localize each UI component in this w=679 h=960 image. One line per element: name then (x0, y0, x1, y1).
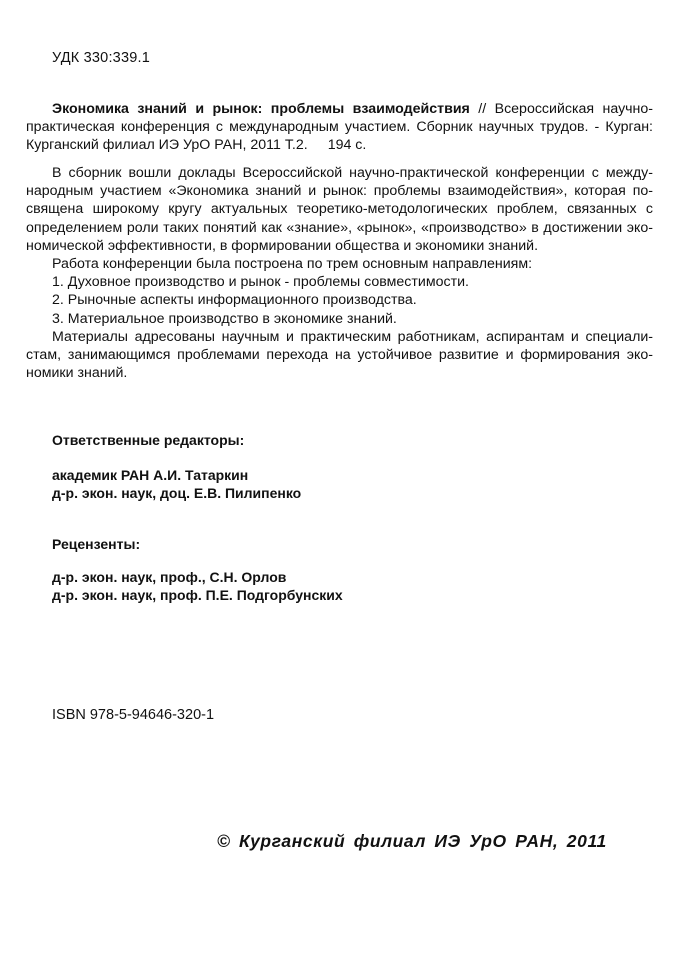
editors-list: академик РАН А.И. Татаркин д-р. экон. на… (52, 466, 301, 502)
isbn: ISBN 978-5-94646-320-1 (52, 707, 214, 723)
editors-heading: Ответственные редакторы: (52, 432, 244, 448)
reviewer-name: д-р. экон. наук, проф. П.Е. Подгорбунски… (52, 586, 343, 604)
biblio-line-2: практическая конференция с международным… (26, 118, 653, 136)
page-count: 194 с. (328, 137, 367, 153)
reviewers-list: д-р. экон. наук, проф., С.Н. Орлов д-р. … (52, 568, 343, 604)
direction-item: 1. Духовное производство и рынок - пробл… (26, 273, 653, 291)
abstract-line: народным участием «Экономика знаний и ры… (26, 182, 653, 200)
abstract-line: В сборник вошли доклады Всероссийской на… (26, 164, 653, 182)
biblio-line-1-rest: // Всероссийская научно- (470, 101, 653, 117)
abstract-paragraph-1: В сборник вошли доклады Всероссийской на… (26, 164, 653, 255)
direction-item: 3. Материальное производство в экономике… (26, 310, 653, 328)
abstract: В сборник вошли доклады Всероссийской на… (26, 164, 653, 382)
reviewer-name: д-р. экон. наук, проф., С.Н. Орлов (52, 568, 343, 586)
direction-item: 2. Рыночные аспекты информационного прои… (26, 291, 653, 309)
abstract-paragraph-3: Материалы адресованы научным и практичес… (26, 328, 653, 383)
biblio-line-3: Курганский филиал ИЭ УрО РАН, 2011 Т.2.1… (26, 136, 653, 154)
book-title: Экономика знаний и рынок: проблемы взаим… (52, 101, 470, 117)
abstract-line: стам, занимающимся проблемами перехода н… (26, 346, 653, 364)
abstract-paragraph-2: Работа конференции была построена по тре… (26, 255, 653, 273)
abstract-line: Материалы адресованы научным и практичес… (26, 328, 653, 346)
bibliographic-record: Экономика знаний и рынок: проблемы взаим… (26, 100, 653, 155)
abstract-line: номики знаний. (26, 364, 653, 382)
reviewers-heading: Рецензенты: (52, 536, 140, 552)
publisher-info: Курганский филиал ИЭ УрО РАН, 2011 Т.2. (26, 137, 308, 153)
abstract-line: номической эффективности, в формировании… (26, 237, 653, 255)
abstract-line: определением роли таких понятий как «зна… (26, 219, 653, 237)
editor-name: академик РАН А.И. Татаркин (52, 466, 301, 484)
copyright-notice: © Курганский филиал ИЭ УрО РАН, 2011 (217, 831, 607, 852)
udk-code: УДК 330:339.1 (52, 50, 150, 66)
editor-name: д-р. экон. наук, доц. Е.В. Пилипенко (52, 484, 301, 502)
abstract-line: священа широкому кругу актуальных теорет… (26, 200, 653, 218)
biblio-line-1: Экономика знаний и рынок: проблемы взаим… (26, 100, 653, 118)
